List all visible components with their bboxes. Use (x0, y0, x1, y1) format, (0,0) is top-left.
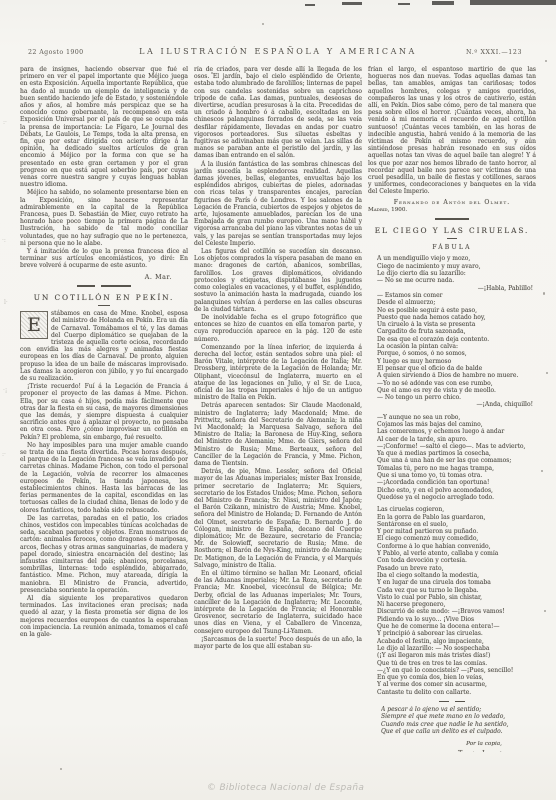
verse-line: Á un mendiguillo viejo y mozo, (377, 255, 536, 262)
author-signature: Fernando de Antón del Olmet. (368, 199, 536, 206)
verse-line: Cojamos las más bajas del camino, (377, 421, 536, 428)
verse-line: —Yo no sé adónde vas con ese rumbo, (377, 380, 536, 387)
verse-line: Cada vez que su turno le llegaba. (377, 587, 536, 594)
verse-line: Y Pablo, al verle atento, callaba y comí… (377, 550, 536, 557)
text-column-left: para de insignes, haciendo observar que … (20, 66, 188, 752)
verse-line: No es posible seguir á este paso, (377, 307, 536, 314)
verse-line: Sentáronse en el suelo, (377, 521, 536, 528)
scan-speck (545, 60, 547, 62)
issue-number: N.º XXXI.—123 (466, 49, 522, 56)
scan-artifact (305, 4, 315, 6)
article-paragraph: Las figuras del cotillón se sucedían sin… (194, 248, 362, 313)
verse-line: — Estamos sin comer (377, 292, 536, 299)
article-paragraph: ¡Triste recuerdo! Fuí á la Legación de F… (20, 383, 188, 441)
section-subheading: FÁBULA (368, 244, 536, 251)
divider-segment (447, 238, 457, 239)
article-paragraph-dropcap: Estábamos en casa de Mme. Knobel, esposa… (20, 310, 188, 382)
divider-segment (98, 305, 110, 306)
verse-line: —Y aunque no sea un robo, (377, 414, 536, 421)
verse-line: Que tú de tres en tres te las comías. (377, 660, 536, 667)
verse-line: El pensar que el oficio da de balde (377, 365, 536, 372)
scan-speck (541, 470, 543, 472)
poem-stanza: —Y aunque no sea un robo,Cojamos las más… (368, 414, 536, 502)
scan-speck (543, 292, 545, 295)
verse-line: Que el que calla un delito es el culpado… (381, 728, 536, 735)
divider-segment (77, 285, 95, 287)
article-paragraph: Á la ilusión fantástica de las sombras c… (194, 161, 362, 247)
verse-line: Visto lo cual por Pablo, sin chistar, (377, 594, 536, 601)
divider-segment (435, 218, 469, 220)
author-signature: A. Mar. (20, 274, 188, 281)
divider-rule (368, 701, 536, 702)
verse-line: Dicho esto, y en el polvo acomodados, (377, 487, 536, 494)
scan-artifact: l· (4, 300, 8, 306)
verse-line: —¡Conforme! —saltó el ciego—. Mas te adv… (377, 443, 536, 450)
verse-line: Puesto que nada hemos catado hoy, (377, 314, 536, 321)
verse-line: Y principió á saborear las ciruelas. (377, 630, 536, 637)
scan-artifact (470, 0, 556, 5)
verse-line: Iba el ciego soltando la modestia, (377, 572, 536, 579)
verse-line: Cuando más cree que nadie le ha sentido, (381, 721, 536, 728)
divider-segment (439, 701, 449, 702)
article-paragraph: Méjico ha sabido, no solamente presentar… (20, 189, 188, 247)
verse-line: Las comeremos, y echemos luego á andar (377, 428, 536, 435)
article-paragraph: ¡Sarcasmos de la suerte! Poco después de… (194, 636, 362, 650)
verse-line: Le dijo cierto día su lazarillo: (377, 270, 536, 277)
verse-line: Que el amo es rey de vista y de meollo. (377, 387, 536, 394)
divider-segment (101, 285, 131, 287)
divider-rule (368, 238, 536, 239)
scanned-newspaper-page: 22 Agosto 1900 LA ILUSTRACIÓN ESPAÑOLA Y… (0, 0, 556, 800)
verse-line: —¡Habla, Pablillo! (377, 285, 536, 292)
article-paragraph: En el último término se hallan Mr. Leona… (194, 570, 362, 635)
verse-line: Ya que á medias partimos la cosecha, (377, 450, 536, 457)
verse-line: — No se me ocurre nada. (377, 277, 536, 284)
article-paragraph: Y á imitación de lo que la prensa france… (20, 248, 188, 270)
dateline: Madrid, 1900. (368, 207, 536, 214)
copy-credit: Por la copia, (368, 741, 536, 748)
scan-artifact: ·: (2, 238, 6, 244)
divider-rule (368, 218, 536, 220)
verse-line: — No tengo un perro chico. (377, 394, 536, 401)
scan-artifact: :· (3, 120, 7, 126)
verse-line: El ciego comenzó muy comedido, (377, 535, 536, 542)
article-paragraph: para de insignes, haciendo observar que … (20, 66, 188, 188)
fable-moral: Á pescar á lo ajeno va el sentido;Siempr… (368, 706, 536, 735)
verse-line: Y al verme dos comer sin acusarme, (377, 681, 536, 688)
scan-artifact (432, 1, 454, 5)
library-watermark: © Biblioteca Nacional de España (207, 783, 364, 793)
verse-line: Siempre el que mete mano en lo vedado, (381, 713, 536, 720)
author-signature: Tomás Luceño. (368, 750, 536, 752)
verse-line: Á quien sirviendo á Dios de hambre no mu… (377, 372, 536, 379)
verse-line: Desde el almuerzo; (377, 299, 536, 306)
article-paragraph: De las carretas, paradas en el patio, lo… (20, 515, 188, 594)
verse-line: En la gorra de Pablo las guardaron, (377, 514, 536, 521)
article-paragraph: Al día siguiente los preparativos quedar… (20, 595, 188, 638)
article-paragraph: Comenzando por la línea inferior, de izq… (194, 344, 362, 402)
verse-line: Conforme á lo que habían convenido, (377, 543, 536, 550)
verse-line: Y en lugar de una ciruela dos tomaba (377, 579, 536, 586)
verse-line: Y luego es muy hermoso (377, 358, 536, 365)
verse-line: Discurrió de este modo: —¡Bravos vamos! (377, 608, 536, 615)
divider-rule (20, 305, 188, 306)
verse-line: Tómalas tú, pero no me hagas trampa, (377, 465, 536, 472)
verse-line: —¿Y en qué lo conocisteis? —¡Pues, senci… (377, 667, 536, 674)
scan-speck (546, 372, 548, 374)
verse-line: Y por mitad partieron su puñado. (377, 528, 536, 535)
section-heading: UN COTILLÓN EN PEKÍN. (20, 294, 188, 301)
scan-artifact (342, 2, 362, 5)
verse-line: Que he de comerme la docena entera!— (377, 623, 536, 630)
verse-line: De esa que el corazón deja contento. (377, 336, 536, 343)
verse-line: Pasado un breve rato, (377, 565, 536, 572)
verse-line: Pidiendo va lo suyo... ¡Vive Dios (377, 616, 536, 623)
scan-artifact: ·¡ (3, 388, 7, 394)
scan-speck (544, 610, 546, 612)
article-paragraph: De inolvidable fecha es el grupo fotográ… (194, 314, 362, 343)
verse-line: En que yo comía dos, bien lo veías, (377, 674, 536, 681)
verse-line: Con toda devoción y cortesía. (377, 557, 536, 564)
verse-line: Que una á una han de ser las que comamos… (377, 457, 536, 464)
verse-line: (¡Y así llegaron mis más tristes días!) (377, 652, 536, 659)
verse-line: Acabado el festín, algo impaciente, (377, 638, 536, 645)
verse-line: Porque, ó somos, ó no somos, (377, 350, 536, 357)
verse-line: Quedóse ya el negocio arreglado todo. (377, 494, 536, 501)
divider-rule (20, 285, 188, 287)
verse-line: Le dijo al lazarillo: — No sospechaba (377, 645, 536, 652)
article-paragraph: Detrás aparecen sentados: Sir Claude Mac… (194, 402, 362, 467)
verse-line: Á pescar á lo ajeno va el sentido; (381, 706, 536, 713)
verse-line: Ni hacerse pregonero, (377, 601, 536, 608)
text-column-middle: ría de criados, para ver desde allí la l… (194, 66, 362, 752)
verse-line: —¡Acordada condición tan oportuna! (377, 479, 536, 486)
divider-segment (455, 701, 465, 702)
poem-stanza: Á un mendiguillo viejo y mozo,Ciego de n… (368, 255, 536, 408)
article-paragraph: Detrás, de pie, Mme. Lessler, señora del… (194, 468, 362, 569)
section-heading: EL CIEGO Y LAS CIRUELAS. (368, 227, 536, 234)
verse-line: La ocasión la pintan calva: (377, 343, 536, 350)
verse-line: Las ciruelas cogieron, (377, 506, 536, 513)
verse-line: Cantaste tu delito con callarte. (377, 689, 536, 696)
scan-artifact (398, 3, 410, 5)
verse-line: Ciego de nacimiento y muy avaro, (377, 263, 536, 270)
verse-line: Que si una tomo yo, tú tomas otra. (377, 472, 536, 479)
article-paragraph: ría de criados, para ver desde allí la l… (194, 66, 362, 160)
article-paragraph: frían el largo, el espantoso martirio de… (368, 66, 536, 196)
scan-speck (60, 768, 62, 770)
scan-artifact: :· (2, 452, 6, 458)
verse-line: Al caer de la tarde, sin apuro. (377, 436, 536, 443)
article-paragraph: No hay imposibles para una mujer amable … (20, 442, 188, 514)
scan-speck (211, 72, 213, 74)
verse-line: Cargadito de fruta sazonada, (377, 328, 536, 335)
verse-line: —¡Anda, chiquillo! (377, 401, 536, 408)
text-column-right: frían el largo, el espantoso martirio de… (368, 66, 536, 752)
poem-stanza: Las ciruelas cogieron,En la gorra de Pab… (368, 506, 536, 696)
verse-line: Un ciruelo á la vista se presenta (377, 321, 536, 328)
scan-speck (262, 23, 264, 25)
ornate-initial: E (20, 311, 48, 339)
